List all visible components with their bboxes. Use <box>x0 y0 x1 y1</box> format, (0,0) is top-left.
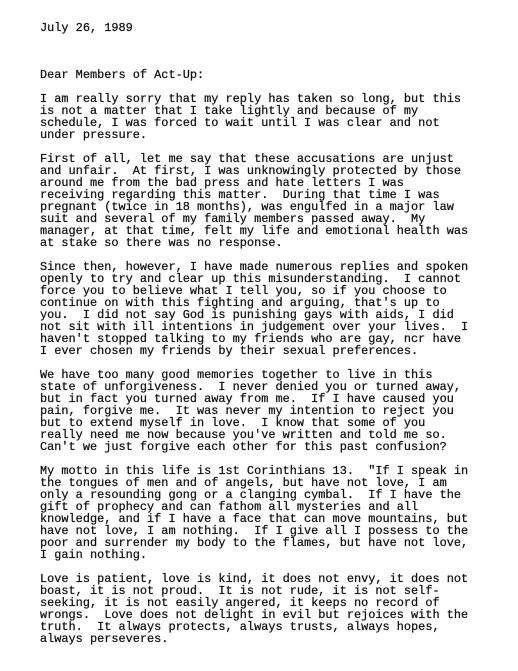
paragraph-line: I ever chosen my friends by their sexual… <box>40 345 468 357</box>
letter-paragraph: We have too many good memories together … <box>40 369 468 453</box>
letter-paragraph: My motto in this life is 1st Corinthians… <box>40 465 468 561</box>
letter-body: I am really sorry that my reply has take… <box>40 93 468 645</box>
letter-paragraph: First of all, let me say that these accu… <box>40 153 468 249</box>
paragraph-line: I gain nothing. <box>40 549 468 561</box>
paragraph-line: Can't we just forgive each other for thi… <box>40 441 468 453</box>
letter-date: July 26, 1989 <box>40 22 468 34</box>
letter-paragraph: Love is patient, love is kind, it does n… <box>40 573 468 645</box>
letter-paragraph: Since then, however, I have made numerou… <box>40 261 468 357</box>
paragraph-line: under pressure. <box>40 129 468 141</box>
paragraph-line: always perseveres. <box>40 633 468 645</box>
letter-salutation: Dear Members of Act-Up: <box>40 69 468 81</box>
letter-page: July 26, 1989 Dear Members of Act-Up: I … <box>40 22 468 645</box>
paragraph-line: at stake so there was no response. <box>40 237 468 249</box>
letter-paragraph: I am really sorry that my reply has take… <box>40 93 468 141</box>
